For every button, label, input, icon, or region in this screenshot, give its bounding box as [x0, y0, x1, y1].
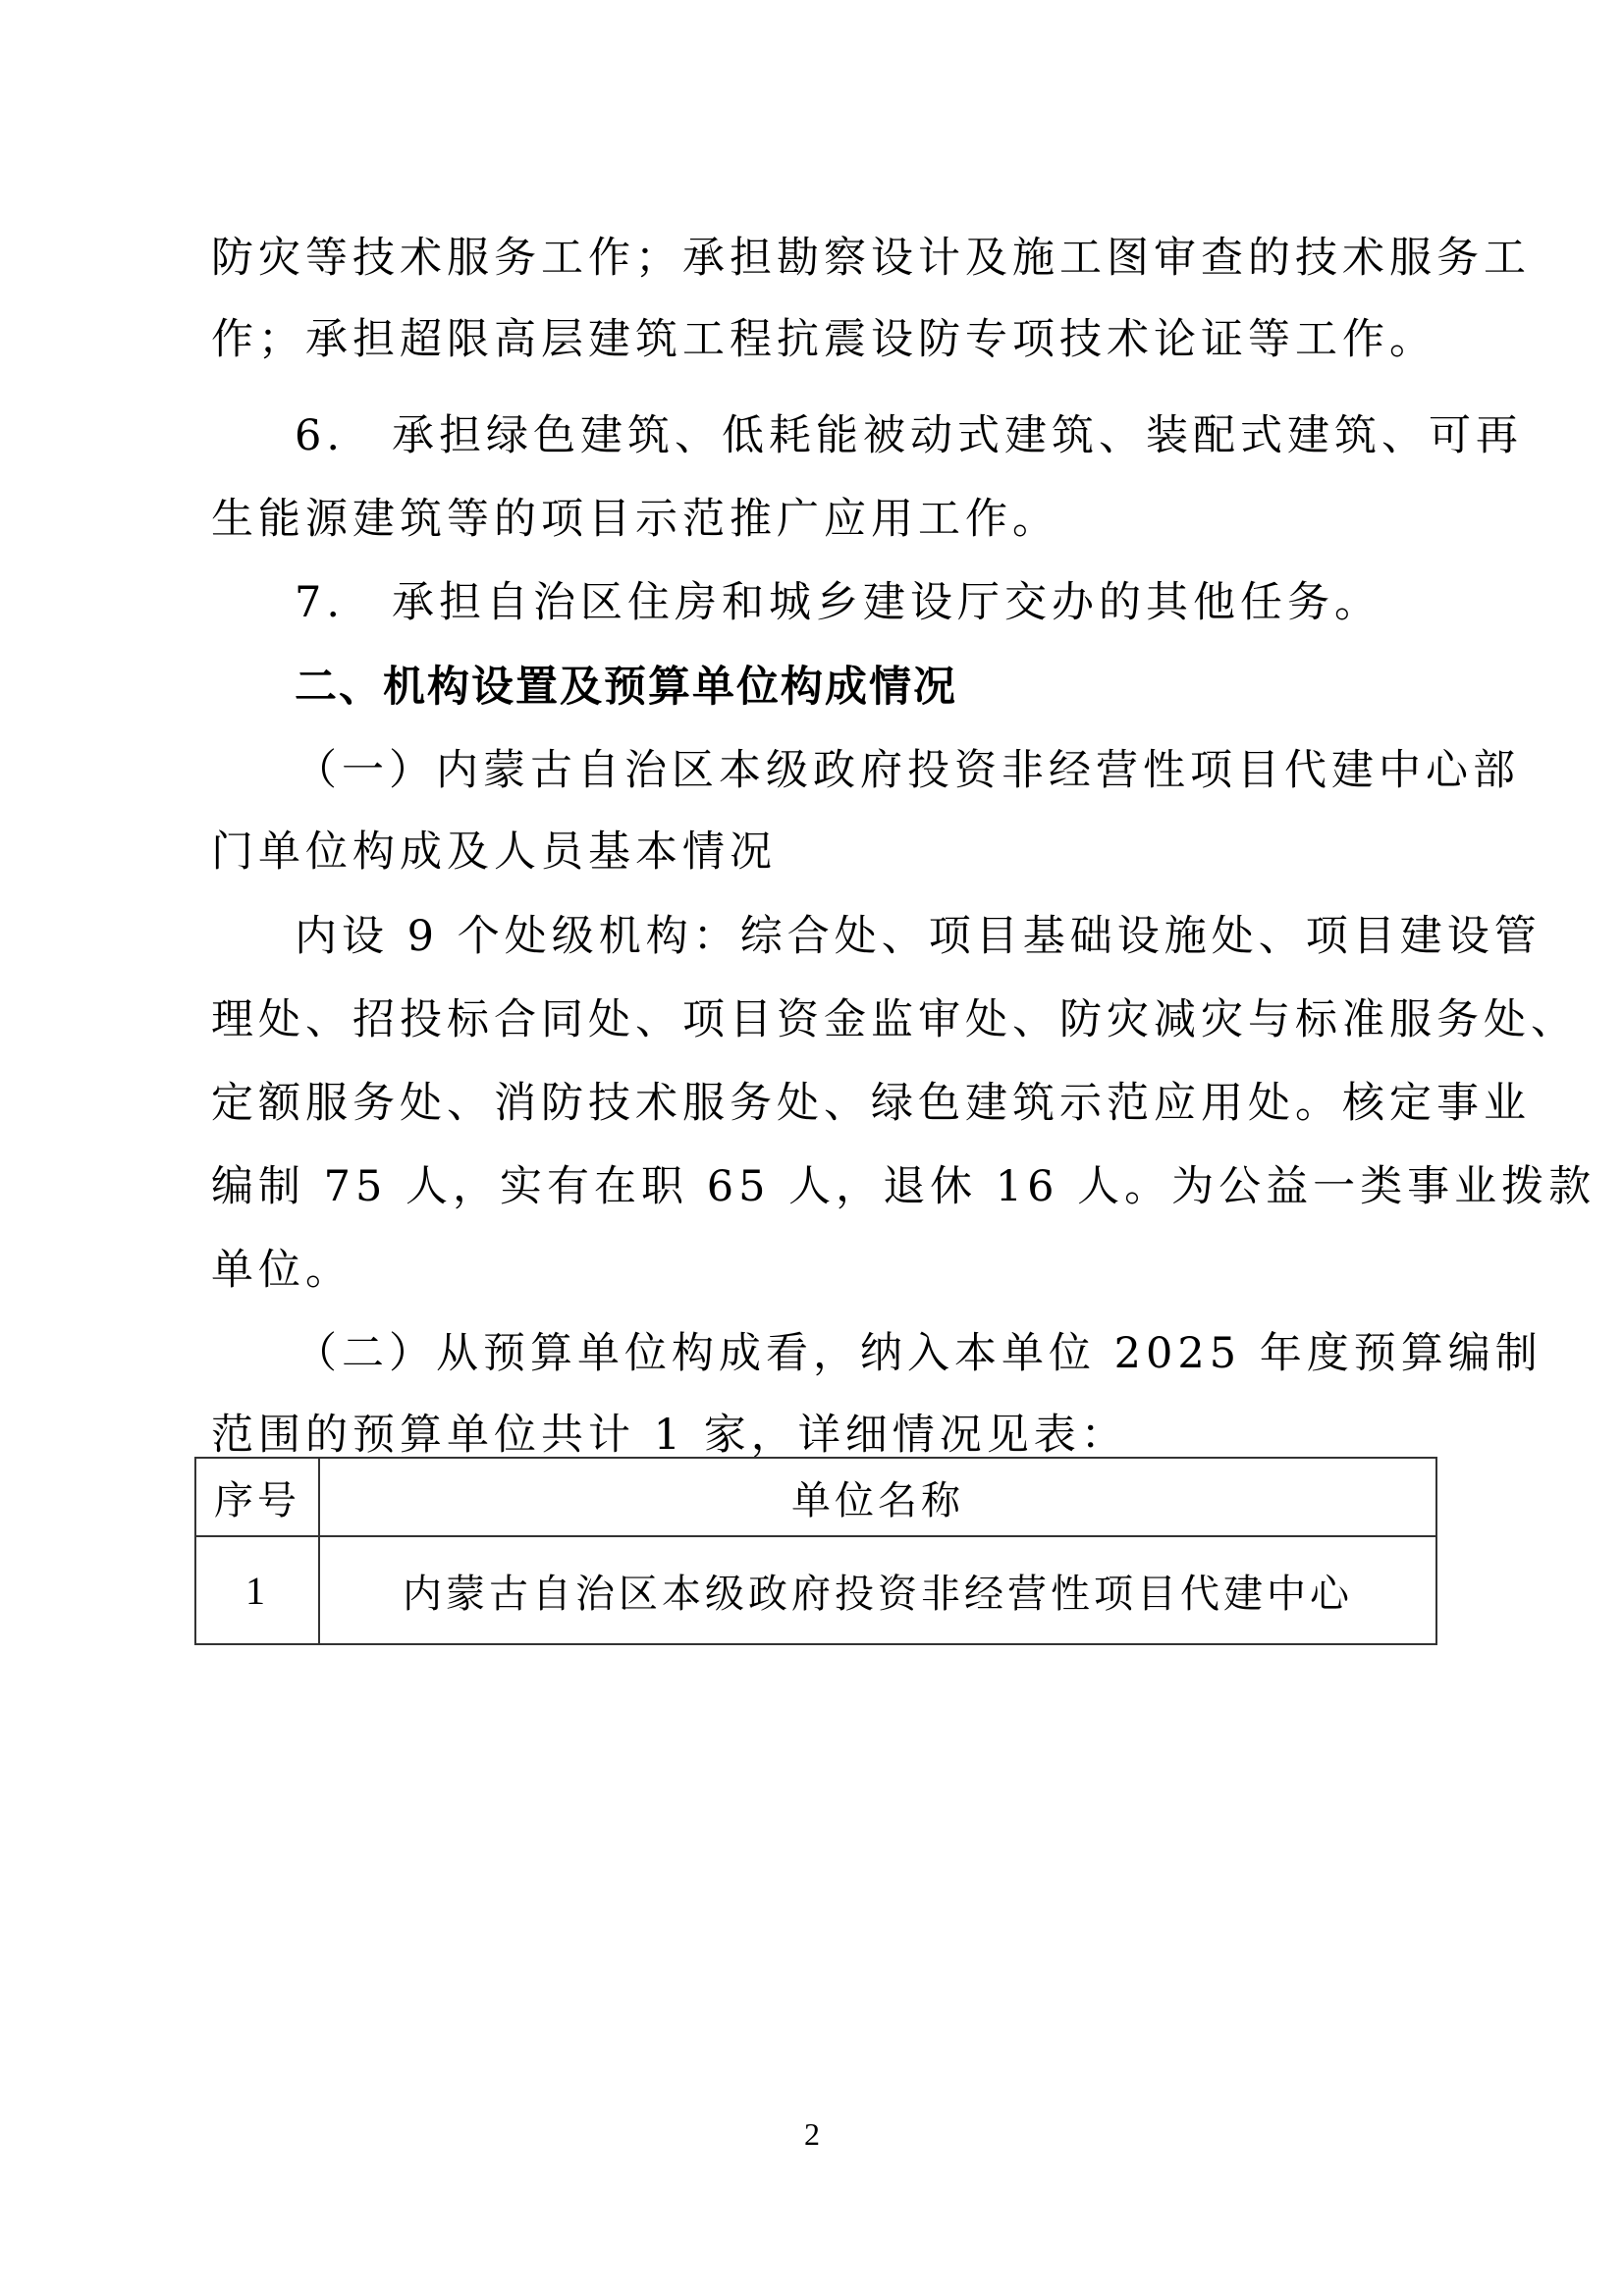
section-heading: 二、机构设置及预算单位构成情况	[295, 658, 1419, 717]
column-header-seq: 序号	[195, 1458, 319, 1536]
subsection-1-heading-continued: 门单位构成及人员基本情况	[211, 823, 1419, 881]
column-header-unit-name: 单位名称	[319, 1458, 1436, 1536]
list-item-7: 7. 承担自治区住房和城乡建设厅交办的其他任务。	[295, 573, 1419, 632]
budget-unit-table: 序号 单位名称 1 内蒙古自治区本级政府投资非经营性项目代建中心	[194, 1457, 1437, 1645]
paragraph-line: 防灾等技术服务工作；承担勘察设计及施工图审查的技术服务工	[211, 229, 1419, 288]
paragraph-line: 作；承担超限高层建筑工程抗震设防专项技术论证等工作。	[211, 310, 1419, 369]
cell-unit-name: 内蒙古自治区本级政府投资非经营性项目代建中心	[319, 1536, 1436, 1644]
subsection-1-heading: （一）内蒙古自治区本级政府投资非经营性项目代建中心部	[295, 741, 1502, 800]
paragraph-line: 定额服务处、消防技术服务处、绿色建筑示范应用处。核定事业	[211, 1074, 1419, 1133]
subsection-2-heading: （二）从预算单位构成看，纳入本单位 2025 年度预算编制	[295, 1324, 1502, 1383]
paragraph-line: 单位。	[211, 1241, 1419, 1300]
paragraph-line: 内设 9 个处级机构：综合处、项目基础设施处、项目建设管	[295, 907, 1419, 966]
list-item-6: 6. 承担绿色建筑、低耗能被动式建筑、装配式建筑、可再	[295, 406, 1419, 465]
paragraph-line: 理处、招投标合同处、项目资金监审处、防灾减灾与标准服务处、	[211, 990, 1419, 1049]
paragraph-line: 编制 75 人，实有在职 65 人，退休 16 人。为公益一类事业拨款	[211, 1157, 1419, 1216]
table-header-row: 序号 单位名称	[195, 1458, 1436, 1536]
page-number: 2	[0, 2116, 1624, 2153]
table-row: 1 内蒙古自治区本级政府投资非经营性项目代建中心	[195, 1536, 1436, 1644]
document-page: 防灾等技术服务工作；承担勘察设计及施工图审查的技术服务工 作；承担超限高层建筑工…	[0, 0, 1624, 2296]
cell-seq: 1	[195, 1536, 319, 1644]
subsection-2-heading-continued: 范围的预算单位共计 1 家，详细情况见表：	[211, 1406, 1419, 1465]
list-item-6-continued: 生能源建筑等的项目示范推广应用工作。	[211, 490, 1419, 549]
